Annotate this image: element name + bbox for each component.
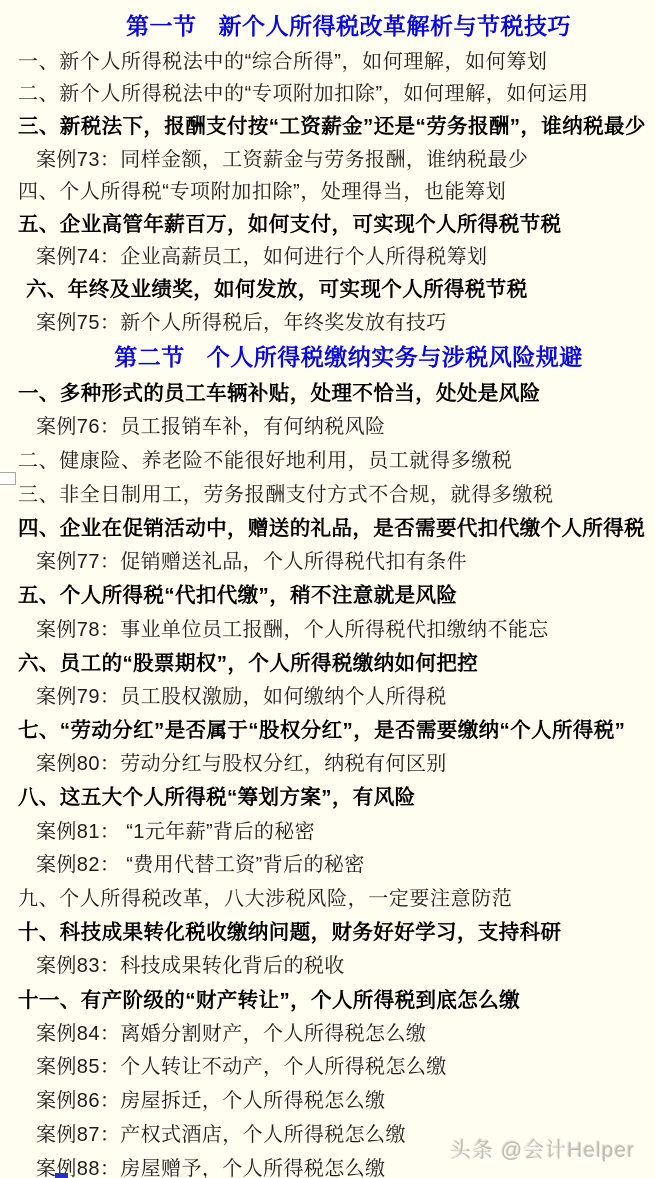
case-item: 案例74：企业高薪员工，如何进行个人所得税筹划	[0, 239, 655, 272]
case-item: 案例81： “1元年薪”背后的秘密	[0, 812, 655, 846]
page-break-marker	[0, 472, 16, 485]
toc-item: 一、新个人所得税法中的“综合所得”，如何理解，如何筹划	[0, 43, 655, 76]
case-item: 案例84：离婚分割财产，个人所得税怎么缴	[0, 1014, 655, 1048]
section-2-title: 个人所得税缴纳实务与涉税风险规避	[207, 339, 583, 372]
section-2-label: 第二节	[114, 339, 185, 372]
case-item: 案例79：员工股权激励，如何缴纳个人所得税	[0, 678, 655, 712]
case-item: 案例82： “费用代替工资”背后的秘密	[0, 846, 655, 880]
toc-item: 九、个人所得税改革，八大涉税风险，一定要注意防范	[0, 880, 655, 914]
toc-item: 三、非全日制用工，劳务报酬支付方式不合规，就得多缴税	[0, 475, 655, 509]
case-item: 案例86：房屋拆迁，个人所得税怎么缴	[0, 1082, 655, 1116]
case-item: 案例80：劳动分红与股权分红，纳税有何区别	[0, 745, 655, 779]
case-item: 案例76：员工报销车补，有何纳税风险	[0, 408, 655, 442]
toc-item: 七、“劳动分红”是否属于“股权分红”，是否需要缴纳“个人所得税”	[0, 711, 655, 745]
clipped-blue-element	[55, 1173, 68, 1178]
toc-item: 四、个人所得税“专项附加扣除”，处理得当，也能筹划	[0, 173, 655, 206]
toc-item: 三、新税法下，报酬支付按“工资薪金”还是“劳务报酬”，谁纳税最少	[0, 108, 655, 141]
document-page: 第一节 新个人所得税改革解析与节税技巧 一、新个人所得税法中的“综合所得”，如何…	[0, 0, 655, 1178]
toc-item: 八、这五大个人所得税“筹划方案”，有风险	[0, 779, 655, 813]
case-item: 案例78：事业单位员工报酬，个人所得税代扣缴纳不能忘	[0, 610, 655, 644]
case-item: 案例77：促销赠送礼品，个人所得税代扣有条件	[0, 543, 655, 577]
toc-item: 一、多种形式的员工车辆补贴，处理不恰当，处处是风险	[0, 374, 655, 408]
case-item: 案例83：科技成果转化背后的税收	[0, 947, 655, 981]
case-item: 案例75：新个人所得税后，年终奖发放有技巧	[0, 304, 655, 337]
section-1-title: 新个人所得税改革解析与节税技巧	[219, 8, 572, 41]
case-item: 案例85：个人转让不动产，个人所得税怎么缴	[0, 1048, 655, 1082]
toc-item: 二、健康险、养老险不能很好地利用，员工就得多缴税	[0, 442, 655, 476]
toc-item: 二、新个人所得税法中的“专项附加扣除”，如何理解，如何运用	[0, 76, 655, 109]
toc-item: 十一、有产阶级的“财产转让”，个人所得税到底怎么缴	[0, 981, 655, 1015]
section-1-label: 第一节	[126, 8, 197, 41]
toc-item: 六、年终及业绩奖，如何发放，可实现个人所得税节税	[0, 271, 655, 304]
toc-item: 十、科技成果转化税收缴纳问题，财务好好学习，支持科研	[0, 913, 655, 947]
toc-item: 五、企业高管年薪百万，如何支付，可实现个人所得税节税	[0, 206, 655, 239]
section-1: 第一节 新个人所得税改革解析与节税技巧 一、新个人所得税法中的“综合所得”，如何…	[0, 6, 655, 336]
watermark: 头条 @会计Helper	[450, 1134, 635, 1164]
section-2-heading: 第二节 个人所得税缴纳实务与涉税风险规避	[0, 336, 655, 374]
toc-item: 四、企业在促销活动中，赠送的礼品，是否需要代扣代缴个人所得税	[0, 509, 655, 543]
toc-item: 五、个人所得税“代扣代缴”，稍不注意就是风险	[0, 576, 655, 610]
section-1-heading: 第一节 新个人所得税改革解析与节税技巧	[0, 6, 655, 43]
case-item: 案例73：同样金额，工资薪金与劳务报酬，谁纳税最少	[0, 141, 655, 174]
toc-item: 六、员工的“股票期权”，个人所得税缴纳如何把控	[0, 644, 655, 678]
section-2: 第二节 个人所得税缴纳实务与涉税风险规避 一、多种形式的员工车辆补贴，处理不恰当…	[0, 336, 655, 1178]
